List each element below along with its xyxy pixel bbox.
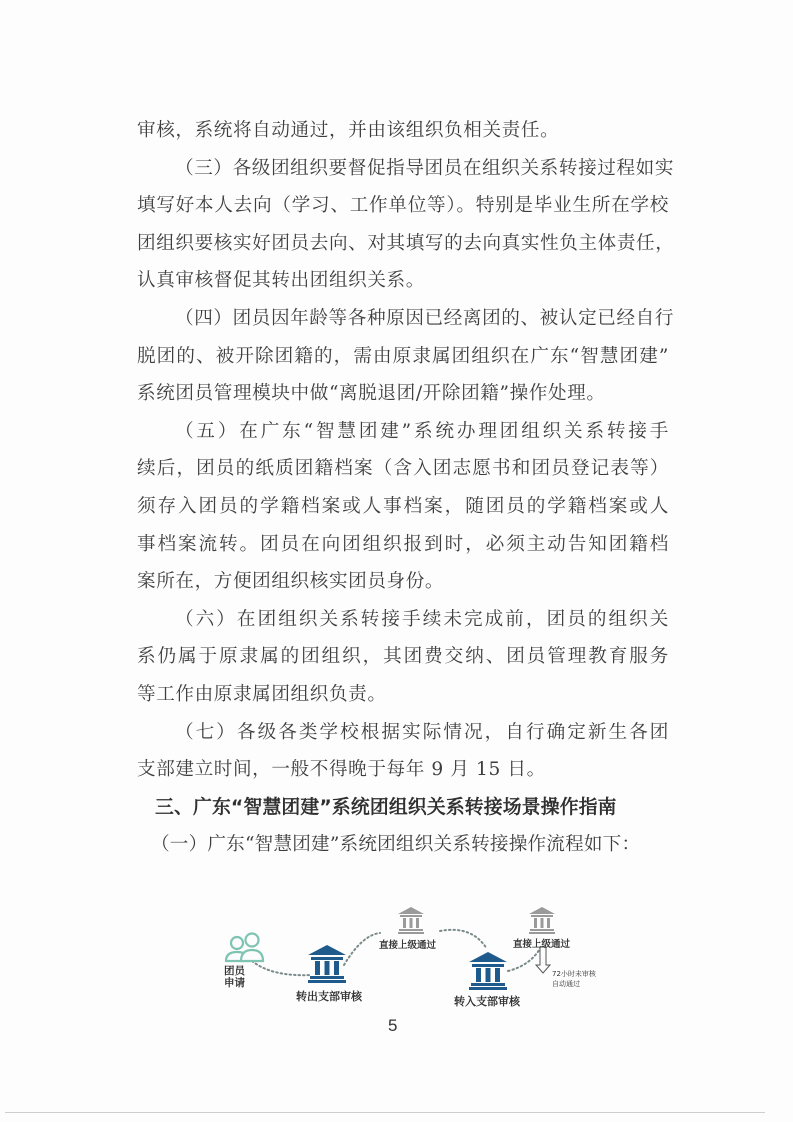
flow-connectors bbox=[222, 895, 602, 1015]
paragraph-line: （六）在团组织关系转接手续未完成前，团员的组织关 bbox=[137, 601, 669, 639]
paragraph-line: （四）团员因年龄等各种原因已经离团的、被认定已经自行 bbox=[137, 300, 669, 338]
in-branch-review-label: 转入支部审核 bbox=[454, 993, 520, 1009]
in-upper-approve-label: 直接上级通过 bbox=[513, 936, 570, 950]
institution-icon bbox=[308, 945, 346, 983]
paragraph-line: 系仍属于原隶属的团组织，其团费交纳、团员管理教育服务 bbox=[137, 638, 669, 676]
paragraph-line: 认真审核督促其转出团组织关系。 bbox=[137, 262, 669, 300]
page-number: 5 bbox=[388, 1016, 397, 1036]
member-apply-label-line2: 申请 bbox=[224, 977, 245, 989]
member-apply-label: 团员 申请 bbox=[224, 965, 245, 989]
people-icon bbox=[226, 934, 263, 962]
auto-approve-note-line1: 72小时未审核 bbox=[552, 969, 596, 979]
out-branch-review-label: 转出支部审核 bbox=[296, 988, 362, 1004]
member-apply-label-line1: 团员 bbox=[224, 965, 245, 977]
auto-approve-note: 72小时未审核 自动通过 bbox=[552, 969, 596, 989]
paragraph-line: （七）各级各类学校根据实际情况，自行确定新生各团 bbox=[137, 714, 669, 752]
institution-icon bbox=[398, 907, 424, 934]
auto-approve-note-line2: 自动通过 bbox=[552, 979, 596, 989]
scan-edge-line bbox=[5, 1112, 765, 1113]
paragraph-line: （五）在广东“智慧团建”系统办理团组织关系转接手 bbox=[137, 413, 669, 451]
paragraph-line: 续后，团员的纸质团籍档案（含入团志愿书和团员登记表等） bbox=[137, 450, 669, 488]
institution-icon bbox=[529, 907, 555, 934]
paragraph-line: 案所在，方便团组织核实团员身份。 bbox=[137, 563, 669, 601]
paragraph-line: 团组织要核实好团员去向、对其填写的去向真实性负主体责任， bbox=[137, 225, 669, 263]
paragraph-line: （三）各级团组织要督促指导团员在组织关系转接过程如实 bbox=[137, 150, 669, 188]
transfer-flow-diagram: 团员 申请 转出支部审核 直接上级通过 转入支部审核 直接上级通过 72小时未审… bbox=[222, 895, 602, 1015]
document-page: 审核，系统将自动通过，并由该组织负相关责任。 （三）各级团组织要督促指导团员在组… bbox=[0, 0, 793, 1122]
institution-icon bbox=[469, 952, 507, 990]
paragraph-line: 填写好本人去向（学习、工作单位等）。特别是毕业生所在学校 bbox=[137, 187, 669, 225]
paragraph-line: 事档案流转。团员在向团组织报到时，必须主动告知团籍档 bbox=[137, 526, 669, 564]
paragraph-line: 支部建立时间，一般不得晚于每年 9 月 15 日。 bbox=[137, 751, 669, 789]
paragraph-line: 脱团的、被开除团籍的，需由原隶属团组织在广东“智慧团建” bbox=[137, 338, 669, 376]
paragraph-line: 系统团员管理模块中做“离脱退团/开除团籍”操作处理。 bbox=[137, 375, 669, 413]
paragraph-line: 审核，系统将自动通过，并由该组织负相关责任。 bbox=[137, 112, 669, 150]
body-text: 审核，系统将自动通过，并由该组织负相关责任。 （三）各级团组织要督促指导团员在组… bbox=[137, 112, 669, 864]
section-heading: 三、广东“智慧团建”系统团组织关系转接场景操作指南 bbox=[137, 789, 669, 827]
sub-heading: （一）广东“智慧团建”系统团组织关系转接操作流程如下： bbox=[137, 826, 669, 864]
paragraph-line: 等工作由原隶属团组织负责。 bbox=[137, 676, 669, 714]
paragraph-line: 须存入团员的学籍档案或人事档案，随团员的学籍档案或人 bbox=[137, 488, 669, 526]
out-upper-approve-label: 直接上级通过 bbox=[379, 937, 436, 951]
